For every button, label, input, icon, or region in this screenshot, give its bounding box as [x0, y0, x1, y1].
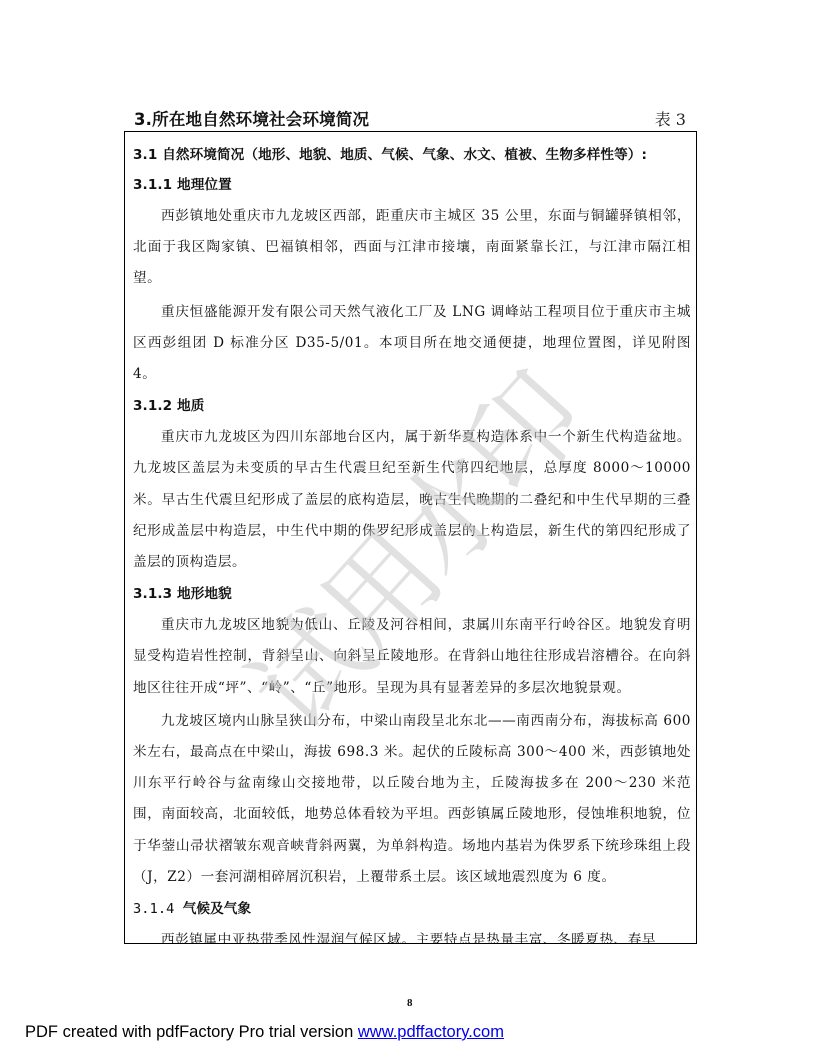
paragraph-climate-1: 西彭镇属中亚热带季风性湿润气候区域。主要特点是热量丰富、冬暖夏热、春早: [133, 924, 691, 944]
section-header: 3.所在地自然环境社会环境简况 表 3: [134, 106, 686, 130]
section-title: 3.所在地自然环境社会环境简况: [134, 106, 369, 130]
paragraph-location-1: 西彭镇地处重庆市九龙坡区西部，距重庆市主城区 35 公里，东面与铜罐驿镇相邻，北…: [133, 200, 691, 296]
heading-climate-number: 3.1.4: [133, 901, 183, 917]
heading-geology: 3.1.2 地质: [133, 391, 691, 421]
heading-natural-environment: 3.1 自然环境简况（地形、地貌、地质、气候、气象、水文、植被、生物多样性等）:: [133, 140, 691, 170]
content-table: 3.1 自然环境简况（地形、地貌、地质、气候、气象、水文、植被、生物多样性等）:…: [124, 131, 697, 944]
content-inner: 3.1 自然环境简况（地形、地貌、地质、气候、气象、水文、植被、生物多样性等）:…: [133, 140, 691, 944]
footer-link[interactable]: www.pdffactory.com: [358, 1023, 504, 1041]
heading-geographic-location: 3.1.1 地理位置: [133, 170, 691, 200]
page-number: 8: [407, 997, 413, 1009]
heading-climate-text: 气候及气象: [183, 901, 251, 917]
heading-landform: 3.1.3 地形地貌: [133, 579, 691, 609]
paragraph-location-2: 重庆恒盛能源开发有限公司天然气液化工厂及 LNG 调峰站工程项目位于重庆市主城区…: [133, 296, 691, 392]
footer-text: PDF created with pdfFactory Pro trial ve…: [25, 1023, 358, 1041]
pdf-footer: PDF created with pdfFactory Pro trial ve…: [25, 1023, 504, 1042]
paragraph-geology-1: 重庆市九龙坡区为四川东部地台区内，属于新华夏构造体系中一个新生代构造盆地。九龙坡…: [133, 421, 691, 579]
table-label: 表 3: [655, 107, 686, 130]
paragraph-landform-2: 九龙坡区境内山脉呈狭山分布，中梁山南段呈北东北——南西南分布，海拔标高 600 …: [133, 705, 691, 894]
paragraph-landform-1: 重庆市九龙坡区地貌为低山、丘陵及河谷相间，隶属川东南平行岭谷区。地貌发育明显受构…: [133, 609, 691, 705]
heading-climate: 3.1.4 气候及气象: [133, 894, 691, 924]
